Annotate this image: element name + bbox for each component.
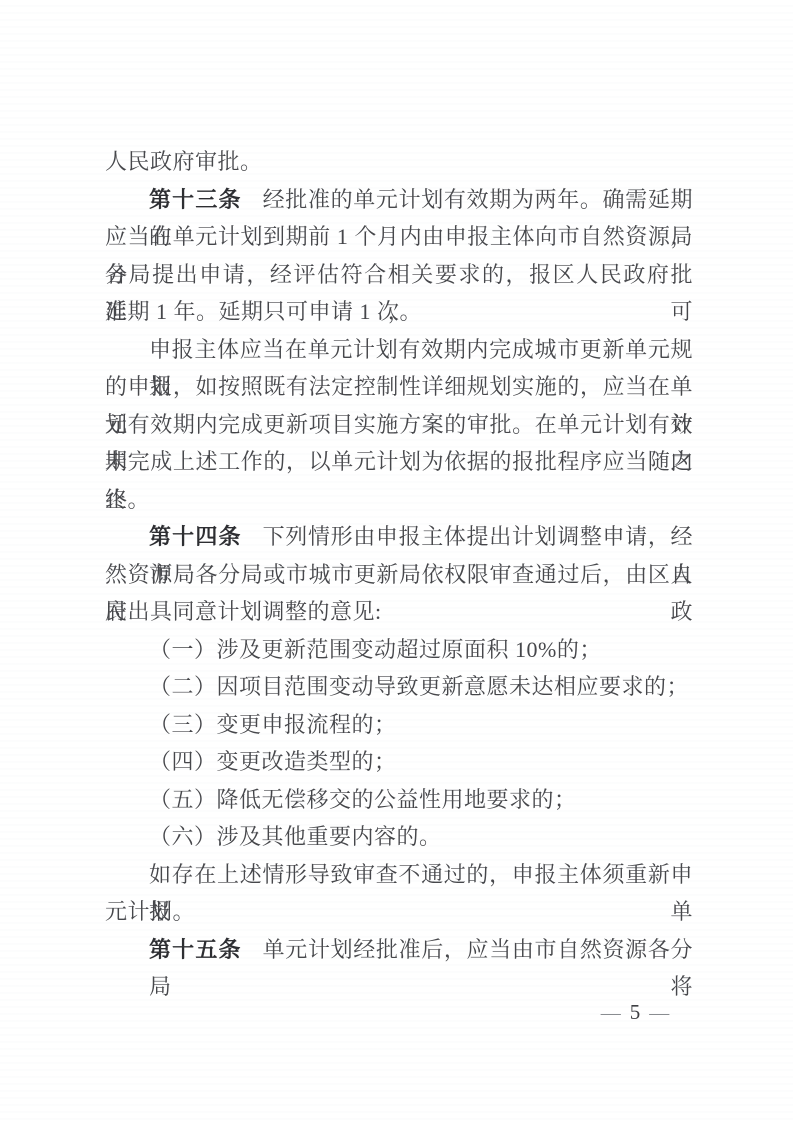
text-line: 应当在单元计划到期前 1 个月内由申报主体向市自然资源局各 <box>105 218 693 256</box>
article-13-line: 第十三条经批准的单元计划有效期为两年。确需延期的， <box>105 181 693 219</box>
text-line: 然资源局各分局或市城市更新局依权限审查通过后，由区人民政 <box>105 556 693 594</box>
page-number-dash-left: — <box>601 1002 621 1024</box>
text-line: 分局提出申请，经评估符合相关要求的，报区人民政府批准，可 <box>105 256 693 294</box>
page-number-value: 5 <box>630 1000 641 1024</box>
article-15-line: 第十五条单元计划经批准后，应当由市自然资源各分局将 <box>105 931 693 969</box>
text-line: 申报主体应当在单元计划有效期内完成城市更新单元规划 <box>105 331 693 369</box>
article-15-label: 第十五条 <box>149 937 242 962</box>
document-text-block: 人民政府审批。 第十三条经批准的单元计划有效期为两年。确需延期的， 应当在单元计… <box>105 143 693 968</box>
page-number: —5— <box>560 997 710 1027</box>
list-item-6: （六）涉及其他重要内容的。 <box>105 818 693 856</box>
list-item-4: （四）变更改造类型的； <box>105 743 693 781</box>
text-line: 止。 <box>105 481 693 519</box>
text-line: 划有效期内完成更新项目实施方案的审批。在单元计划有效期内 <box>105 406 693 444</box>
document-page: 人民政府审批。 第十三条经批准的单元计划有效期为两年。确需延期的， 应当在单元计… <box>0 0 793 1122</box>
text-line: 的申报，如按照既有法定控制性详细规划实施的，应当在单元计 <box>105 368 693 406</box>
article-13-label: 第十三条 <box>149 187 242 212</box>
text-line: 如存在上述情形导致审查不通过的，申报主体须重新申报单 <box>105 856 693 894</box>
page-number-dash-right: — <box>649 1002 669 1024</box>
article-14-line: 第十四条下列情形由申报主体提出计划调整申请，经市自 <box>105 518 693 556</box>
list-item-1: （一）涉及更新范围变动超过原面积 10%的； <box>105 631 693 669</box>
text-line: 人民政府审批。 <box>105 143 693 181</box>
list-item-2: （二）因项目范围变动导致更新意愿未达相应要求的； <box>105 668 693 706</box>
list-item-3: （三）变更申报流程的； <box>105 706 693 744</box>
list-item-5: （五）降低无偿移交的公益性用地要求的； <box>105 781 693 819</box>
text-line: 未完成上述工作的，以单元计划为依据的报批程序应当随之终 <box>105 443 693 481</box>
article-14-label: 第十四条 <box>149 524 242 549</box>
